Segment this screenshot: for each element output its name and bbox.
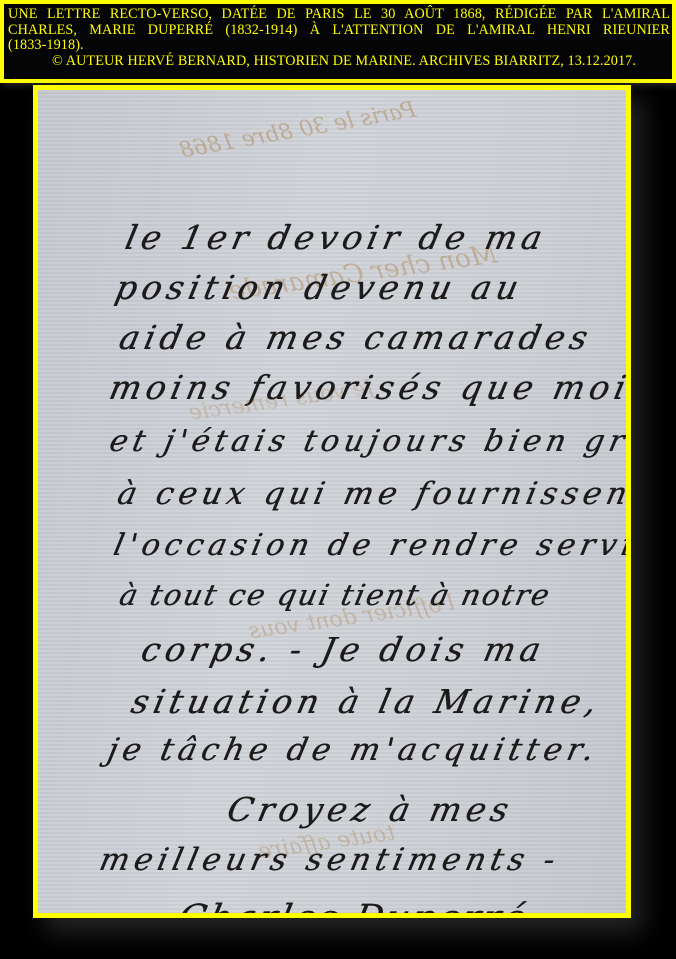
- signature: Charles Duperré: [174, 898, 532, 918]
- caption-line-2: Charles, Marie Duperré (1832-1914) à l'a…: [8, 23, 670, 39]
- handwritten-line: Croyez à mes: [224, 790, 517, 829]
- handwritten-line: je tâche de m'acquitter.: [104, 732, 602, 768]
- letter-image: Paris le 30 8bre 1868 Mon cher Camarade …: [33, 85, 631, 918]
- caption-line-3: (1833-1918).: [8, 38, 670, 54]
- copyright-line: © Auteur Hervé Bernard, historien de mar…: [8, 54, 670, 70]
- handwritten-line: à tout ce qui tient à notre: [116, 578, 554, 612]
- handwritten-line: le 1er devoir de ma: [122, 218, 551, 257]
- handwritten-line: et j'étais toujours bien gré: [106, 424, 631, 459]
- handwritten-line: situation à la Marine,: [128, 682, 605, 721]
- caption-line-1: Une lettre recto-verso, datée de Paris l…: [8, 7, 670, 23]
- handwritten-line: meilleurs sentiments -: [96, 842, 563, 878]
- handwritten-line: corps. - Je dois ma: [138, 630, 549, 669]
- handwritten-line: l'occasion de rendre service: [110, 528, 631, 563]
- handwritten-line: moins favorisés que moi: [106, 368, 631, 407]
- handwritten-line: position devenu au: [112, 268, 527, 307]
- handwritten-line: aide à mes camarades: [116, 318, 596, 357]
- caption-box: Une lettre recto-verso, datée de Paris l…: [0, 0, 676, 83]
- handwritten-line: à ceux qui me fournissent: [114, 476, 631, 512]
